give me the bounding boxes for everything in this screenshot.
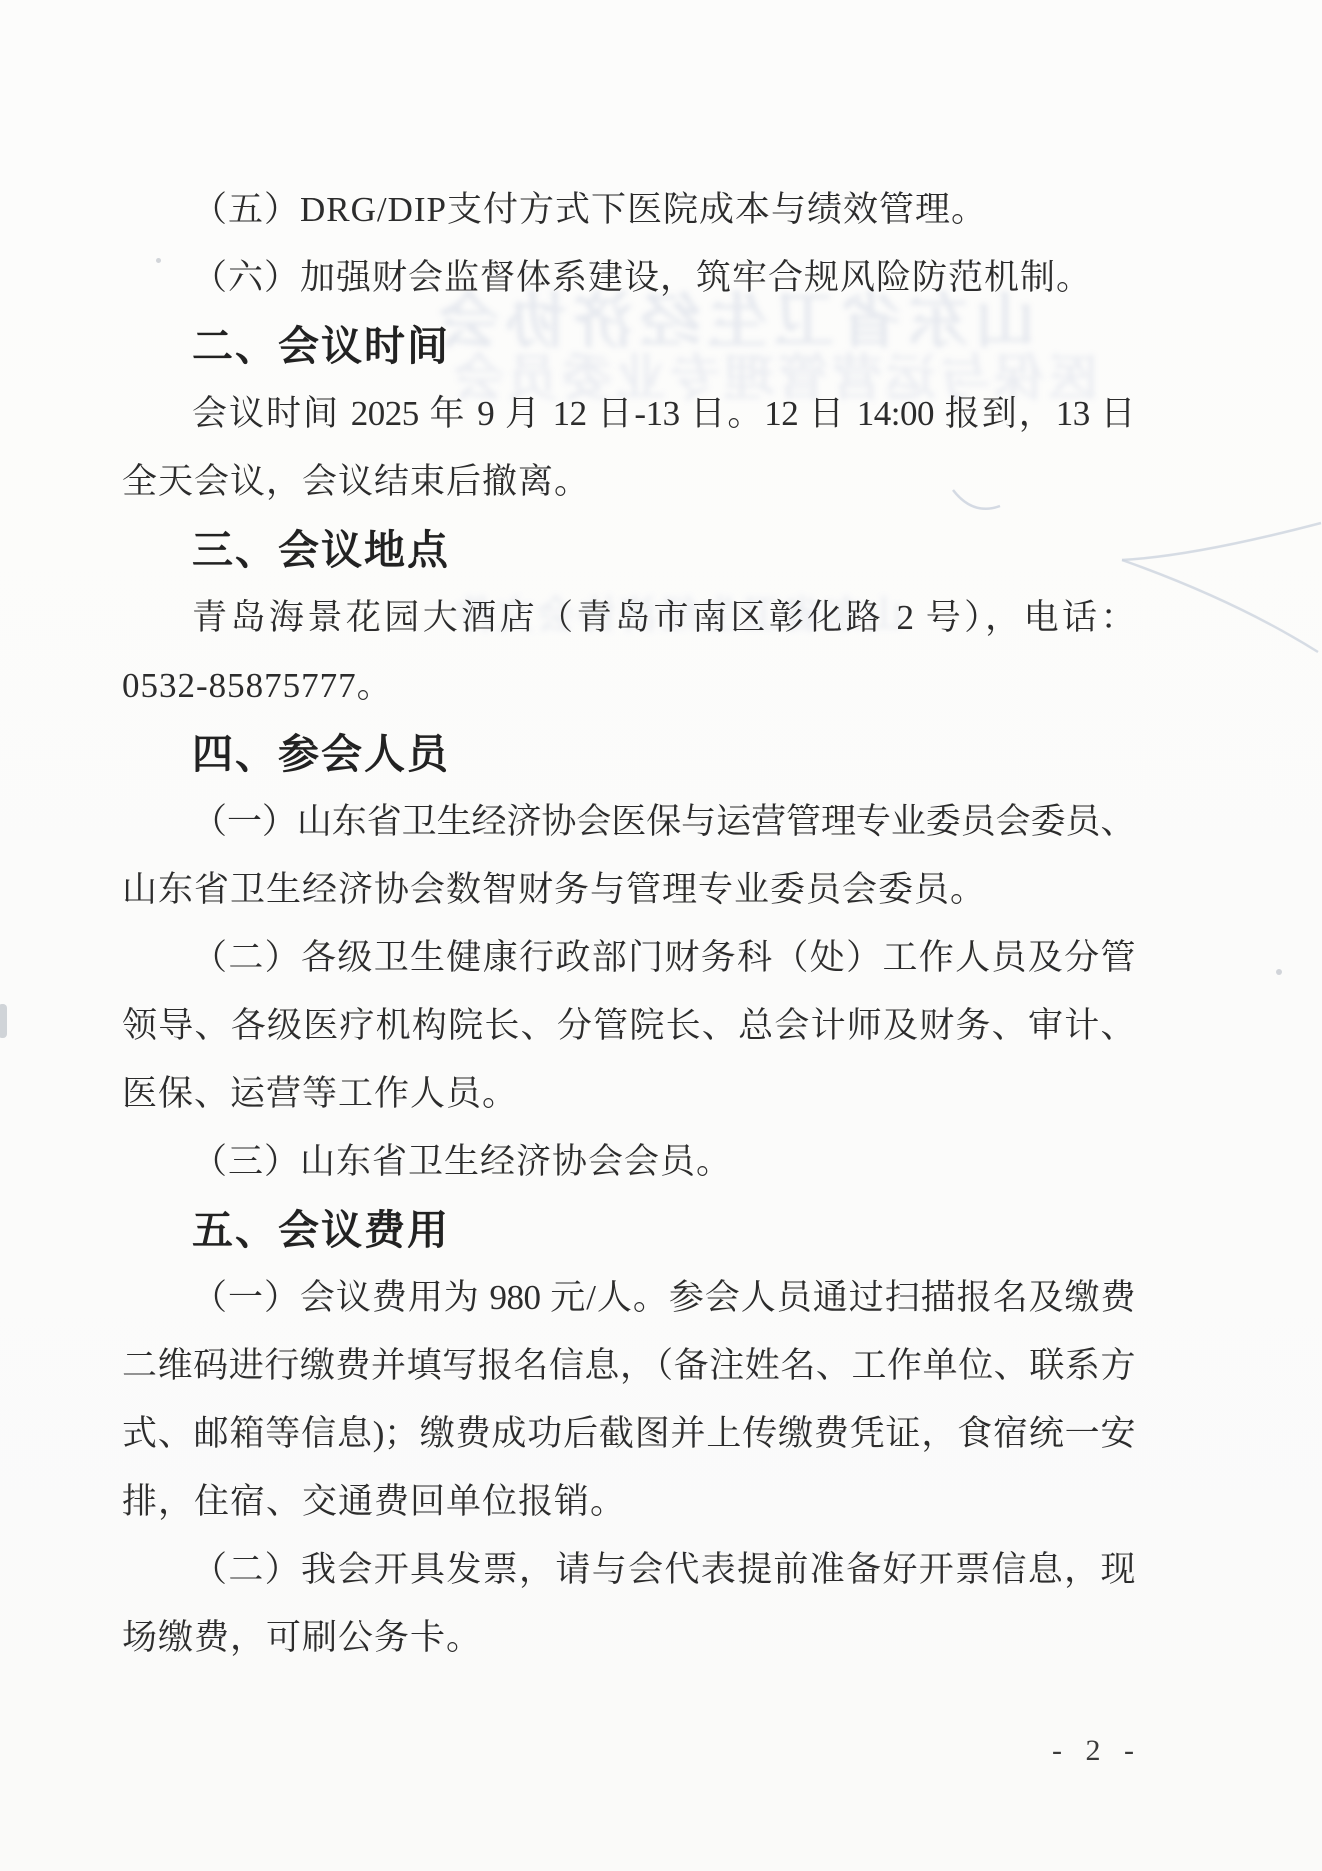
- heading-meeting-fee: 五、会议费用: [122, 1196, 1135, 1264]
- line-attendees-2c: 医保、运营等工作人员。: [122, 1060, 1135, 1128]
- line-venue-phone: 0532-85875777。: [122, 652, 1135, 720]
- line-fee-2a: （二）我会开具发票，请与会代表提前准备好开票信息，现: [122, 1536, 1135, 1604]
- line-venue-address: 青岛海景花园大酒店（青岛市南区彰化路 2 号），电话：: [122, 584, 1135, 652]
- line-attendees-3: （三）山东省卫生经济协会会员。: [122, 1128, 1135, 1196]
- page-number: - 2 -: [1052, 1734, 1142, 1768]
- line-meeting-time-1: 会议时间 2025 年 9 月 12 日-13 日。12 日 14:00 报到，…: [122, 380, 1135, 448]
- heading-meeting-venue: 三、会议地点: [122, 516, 1135, 584]
- heading-attendees: 四、参会人员: [122, 720, 1135, 788]
- line-attendees-2a: （二）各级卫生健康行政部门财务科（处）工作人员及分管: [122, 924, 1135, 992]
- line-attendees-1b: 山东省卫生经济协会数智财务与管理专业委员会委员。: [122, 856, 1135, 924]
- line-fee-1d: 排，住宿、交通费回单位报销。: [122, 1468, 1135, 1536]
- line-fee-1a: （一）会议费用为 980 元/人。参会人员通过扫描报名及缴费: [122, 1264, 1135, 1332]
- heading-meeting-time: 二、会议时间: [122, 312, 1135, 380]
- scan-speck-1: [1276, 969, 1282, 975]
- line-meeting-time-2: 全天会议，会议结束后撤离。: [122, 448, 1135, 516]
- line-fee-2b: 场缴费，可刷公务卡。: [122, 1604, 1135, 1672]
- list-item-6-supervision: （六）加强财会监督体系建设，筑牢合规风险防范机制。: [122, 244, 1135, 312]
- document-body: （五）DRG/DIP支付方式下医院成本与绩效管理。 （六）加强财会监督体系建设，…: [122, 176, 1135, 1672]
- scan-edge-mark: [0, 1004, 7, 1038]
- line-attendees-1a: （一）山东省卫生经济协会医保与运营管理专业委员会委员、: [122, 788, 1135, 856]
- list-item-5-drg-dip: （五）DRG/DIP支付方式下医院成本与绩效管理。: [122, 176, 1135, 244]
- line-fee-1c: 式、邮箱等信息)；缴费成功后截图并上传缴费凭证，食宿统一安: [122, 1400, 1135, 1468]
- line-fee-1b: 二维码进行缴费并填写报名信息，（备注姓名、工作单位、联系方: [122, 1332, 1135, 1400]
- scanned-document-page: 山东省卫生经济协会 医保与运营管理专业委员会 山东省卫生经济协会文件 （五）DR…: [0, 0, 1322, 1871]
- line-attendees-2b: 领导、各级医疗机构院长、分管院长、总会计师及财务、审计、: [122, 992, 1135, 1060]
